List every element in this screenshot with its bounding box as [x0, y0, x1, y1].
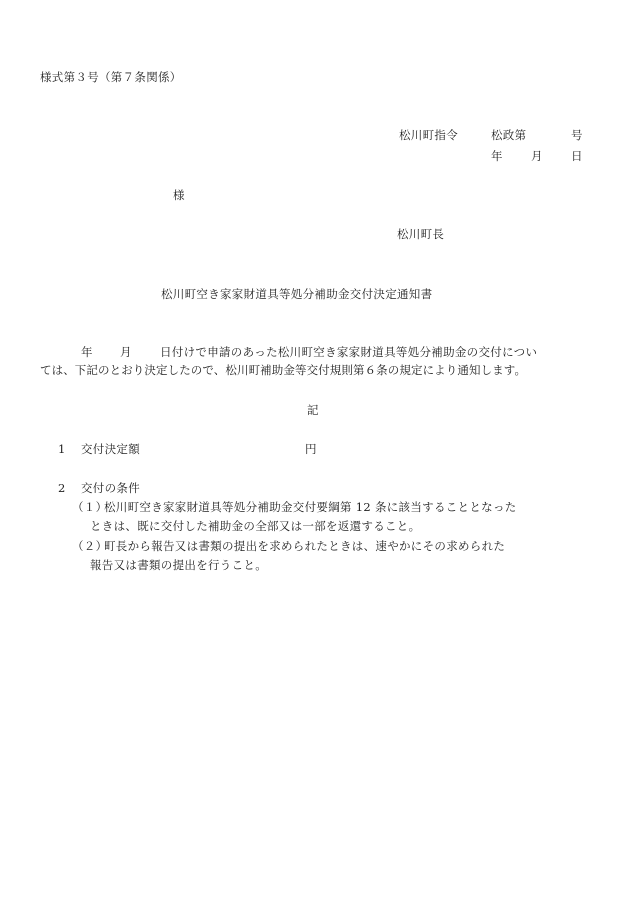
number-suffix: 号	[571, 128, 583, 142]
body-month: 月	[120, 345, 132, 359]
body-year: 年	[81, 345, 93, 359]
condition-2-line1: 町長から報告又は書類の提出を求められたときは、速やかにその求められた	[104, 539, 505, 553]
sender: 松川町長	[397, 227, 444, 241]
date-month: 月	[531, 149, 543, 163]
condition-1-line2: ときは、既に交付した補助金の全部又は一部を返還すること。	[90, 519, 420, 533]
condition-2-number: （２）	[72, 539, 107, 553]
item-1-label: 交付決定額	[81, 442, 140, 456]
item-2-number: 2	[58, 481, 66, 495]
number-prefix: 松政第	[491, 128, 526, 142]
item-2-label: 交付の条件	[81, 481, 140, 495]
condition-2-line2: 報告又は書類の提出を行うこと。	[90, 558, 267, 572]
recipient-honorific: 様	[173, 188, 185, 202]
body-line1: 日付けで申請のあった松川町空き家家財道具等処分補助金の交付につい	[160, 345, 537, 359]
ki-heading: 記	[307, 403, 319, 417]
issuer-ref: 松川町指令	[399, 128, 458, 142]
form-label: 様式第３号（第７条関係）	[40, 70, 182, 84]
date-year: 年	[491, 149, 503, 163]
date-day: 日	[571, 149, 583, 163]
condition-1-line1: 松川町空き家家財道具等処分補助金交付要綱第 12 条に該当することとなった	[104, 500, 517, 514]
item-1-unit: 円	[305, 442, 317, 456]
document-title: 松川町空き家家財道具等処分補助金交付決定通知書	[161, 287, 432, 301]
item-1-number: 1	[58, 442, 66, 456]
condition-1-number: （１）	[72, 500, 107, 514]
body-line2: ては、下記のとおり決定したので、松川町補助金等交付規則第６条の規定により通知しま…	[40, 363, 526, 377]
